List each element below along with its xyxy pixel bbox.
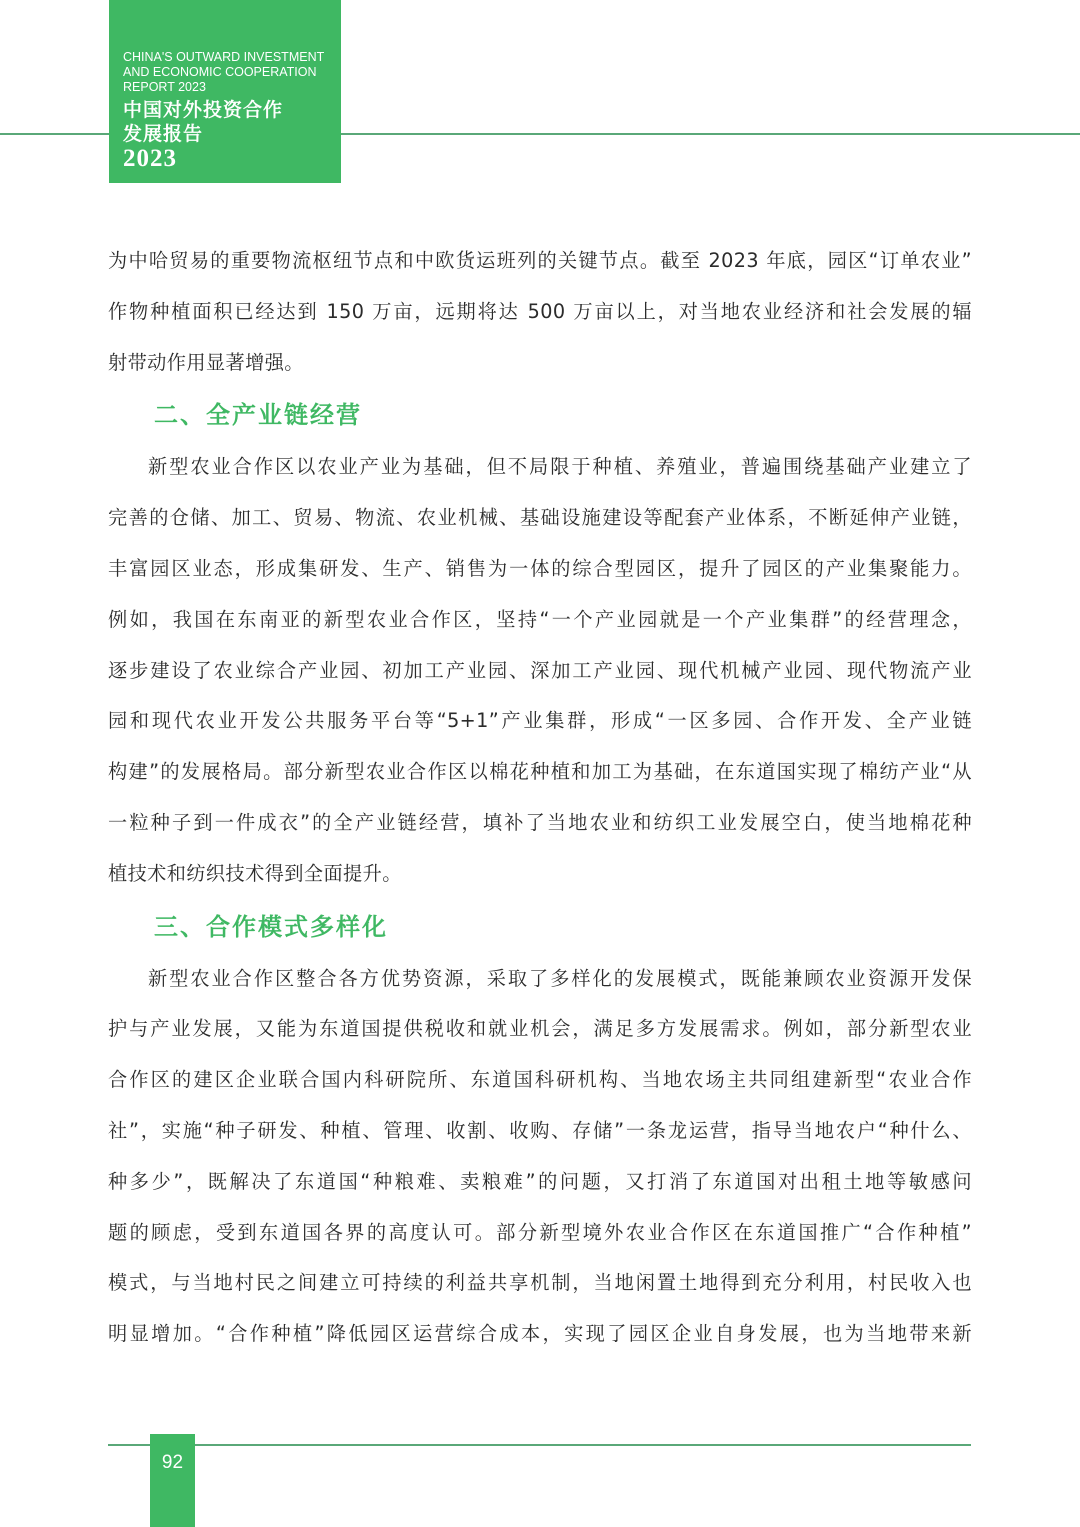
text-line: 例如，我国在东南亚的新型农业合作区，坚持“一个产业园就是一个产业集群”的经营理念…	[108, 595, 972, 646]
text-line: 作物种植面积已经达到 150 万亩，远期将达 500 万亩以上，对当地农业经济和…	[108, 287, 972, 338]
text-line: 丰富园区业态，形成集研发、生产、销售为一体的综合型园区，提升了园区的产业集聚能力…	[108, 544, 972, 595]
text-line: 为中哈贸易的重要物流枢纽节点和中欧货运班列的关键节点。截至 2023 年底，园区…	[108, 236, 972, 287]
text-line: 构建”的发展格局。部分新型农业合作区以棉花种植和加工为基础，在东道国实现了棉纺产…	[108, 747, 972, 798]
text-line: 合作区的建区企业联合国内科研院所、东道国科研机构、当地农场主共同组建新型“农业合…	[108, 1055, 972, 1106]
text-line: 社”，实施“种子研发、种植、管理、收割、收购、存储”一条龙运营，指导当地农户“种…	[108, 1106, 972, 1157]
page-number: 92	[162, 1452, 183, 1473]
text-line: 完善的仓储、加工、贸易、物流、农业机械、基础设施建设等配套产业体系，不断延伸产业…	[108, 493, 972, 544]
text-line: 种多少”，既解决了东道国“种粮难、卖粮难”的问题，又打消了东道国对出租土地等敏感…	[108, 1157, 972, 1208]
page-body: 为中哈贸易的重要物流枢纽节点和中欧货运班列的关键节点。截至 2023 年底，园区…	[108, 236, 972, 1360]
header-en-line-2: AND ECONOMIC COOPERATION	[123, 65, 341, 80]
header-cn-title: 中国对外投资合作 发展报告	[123, 98, 341, 146]
text-line: 一粒种子到一件成衣”的全产业链经营，填补了当地农业和纺织工业发展空白，使当地棉花…	[108, 798, 972, 849]
text-line: 模式，与当地村民之间建立可持续的利益共享机制，当地闲置土地得到充分利用，村民收入…	[108, 1258, 972, 1309]
header-en-line-1: CHINA'S OUTWARD INVESTMENT	[123, 50, 341, 65]
section-heading-full-industry-chain: 二、全产业链经营	[108, 388, 972, 442]
text-line: 明显增加。“合作种植”降低园区运营综合成本，实现了园区企业自身发展，也为当地带来…	[108, 1309, 972, 1360]
paragraph-cooperation-models: 新型农业合作区整合各方优势资源，采取了多样化的发展模式，既能兼顾农业资源开发保 …	[108, 954, 972, 1360]
page-number-badge: 92	[150, 1434, 195, 1527]
report-header-badge: CHINA'S OUTWARD INVESTMENT AND ECONOMIC …	[109, 0, 341, 183]
text-line: 护与产业发展，又能为东道国提供税收和就业机会，满足多方发展需求。例如，部分新型农…	[108, 1004, 972, 1055]
text-line: 新型农业合作区以农业产业为基础，但不局限于种植、养殖业，普遍围绕基础产业建立了	[108, 442, 972, 493]
header-cn-line-1: 中国对外投资合作	[123, 98, 341, 122]
paragraph-industry-chain: 新型农业合作区以农业产业为基础，但不局限于种植、养殖业，普遍围绕基础产业建立了 …	[108, 442, 972, 899]
header-en-line-3: REPORT 2023	[123, 80, 341, 95]
text-line: 植技术和纺织技术得到全面提升。	[108, 849, 972, 900]
text-line: 园和现代农业开发公共服务平台等“5+1”产业集群，形成“一区多园、合作开发、全产…	[108, 696, 972, 747]
header-year: 2023	[123, 146, 341, 172]
text-line: 射带动作用显著增强。	[108, 338, 972, 389]
text-line: 逐步建设了农业综合产业园、初加工产业园、深加工产业园、现代机械产业园、现代物流产…	[108, 646, 972, 697]
paragraph-continued: 为中哈贸易的重要物流枢纽节点和中欧货运班列的关键节点。截至 2023 年底，园区…	[108, 236, 972, 388]
footer-rule	[108, 1444, 971, 1446]
text-line: 题的顾虑，受到东道国各界的高度认可。部分新型境外农业合作区在东道国推广“合作种植…	[108, 1208, 972, 1259]
text-line: 新型农业合作区整合各方优势资源，采取了多样化的发展模式，既能兼顾农业资源开发保	[108, 954, 972, 1005]
header-cn-line-2: 发展报告	[123, 122, 341, 146]
section-heading-diversified-models: 三、合作模式多样化	[108, 900, 972, 954]
